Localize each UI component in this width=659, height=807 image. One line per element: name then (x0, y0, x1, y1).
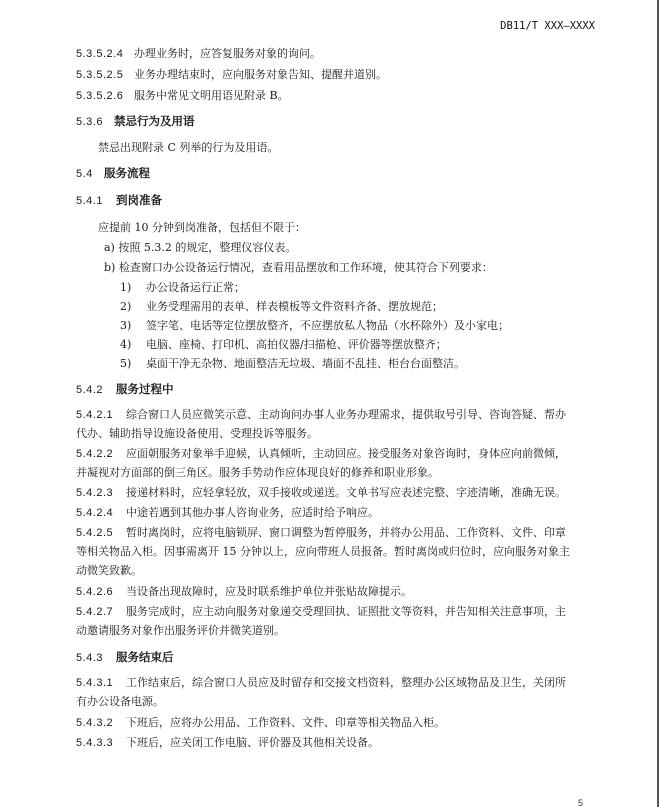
sublist-item: 2)业务受理需用的表单、样表模板等文件资料齐备、摆放规范； (76, 299, 443, 315)
paragraph: 禁忌出现附录 C 列举的行为及用语。 (76, 140, 278, 156)
clause-text-cont: 等相关物品入柜。因事需离开 15 分钟以上，应向带班人员报备。暂时离岗或归位时，… (76, 544, 570, 560)
heading-title: 服务结束后 (116, 652, 174, 664)
heading-5-4-1: 5.4.1到岗准备 (76, 193, 162, 209)
heading-title: 到岗准备 (116, 195, 162, 207)
clause-text: 中途若遇到其他办事人咨询业务，应适时给予响应。 (126, 506, 379, 519)
sublist-label: 1) (120, 280, 146, 296)
clause-text-cont: 动微笑致歉。 (76, 563, 570, 579)
clause-number: 5.4.2.6 (76, 584, 126, 600)
clause-text: 办理业务时，应答复服务对象的询问。 (134, 47, 321, 60)
clause-text: 暂时离岗时，应将电脑锁屏、窗口调整为暂停服务，并将办公用品、工作资料、文件、印章 (126, 526, 566, 539)
clause-5-4-2-3: 5.4.2.3接递材料时，应轻拿轻放，双手接收或递送。文单书写应表述完整、字迹清… (76, 485, 566, 501)
heading-5-4: 5.4服务流程 (76, 166, 150, 182)
list-label: b) (104, 261, 115, 274)
clause-text: 下班后，应关闭工作电脑、评价器及其他相关设备。 (126, 736, 379, 749)
clause-text-cont: 有办公设备电源。 (76, 694, 566, 710)
clause-text: 当设备出现故障时，应及时联系维护单位并张贴故障提示。 (126, 585, 412, 598)
sublist-item: 1)办公设备运行正常； (76, 280, 245, 296)
clause-number: 5.4.3.1 (76, 675, 126, 691)
sublist-item: 4)电脑、座椅、打印机、高拍仪器/扫描枪、评价器等摆放整齐； (76, 337, 447, 353)
sublist-item: 3)签字笔、电话等定位摆放整齐，不应摆放私人物品（水杯除外）及小家电； (76, 318, 509, 334)
heading-number: 5.4.3 (76, 650, 116, 666)
heading-title: 服务过程中 (116, 384, 174, 396)
sublist-text: 桌面干净无杂物、地面整洁无垃圾、墙面不乱挂、柜台台面整洁。 (146, 357, 465, 370)
clause-number: 5.4.2.3 (76, 485, 126, 501)
heading-title: 服务流程 (104, 168, 150, 180)
list-label: a) (104, 241, 115, 254)
clause-5-4-2-6: 5.4.2.6当设备出现故障时，应及时联系维护单位并张贴故障提示。 (76, 584, 412, 600)
clause-number: 5.4.2.1 (76, 407, 126, 423)
clause-5-3-5-2-5: 5.3.5.2.5业务办理结束时，应向服务对象告知、提醒并道别。 (76, 67, 387, 83)
clause-5-3-5-2-4: 5.3.5.2.4办理业务时，应答复服务对象的询问。 (76, 46, 321, 62)
clause-5-4-2-4: 5.4.2.4中途若遇到其他办事人咨询业务，应适时给予响应。 (76, 505, 379, 521)
clause-number: 5.3.5.2.6 (76, 88, 134, 104)
clause-text-cont: 动邀请服务对象作出服务评价并微笑道别。 (76, 623, 566, 639)
clause-5-3-5-2-6: 5.3.5.2.6服务中常见文明用语见附录 B。 (76, 88, 289, 104)
heading-5-4-2: 5.4.2服务过程中 (76, 382, 174, 398)
clause-text: 应面朝服务对象举手迎候，认真倾听，主动回应。接受服务对象咨询时，身体应向前微倾， (126, 447, 566, 460)
clause-text: 工作结束后，综合窗口人员应及时留存和交接文档资料，整理办公区域物品及卫生，关闭所 (126, 676, 566, 689)
sublist-label: 3) (120, 318, 146, 334)
clause-5-4-3-1: 5.4.3.1工作结束后，综合窗口人员应及时留存和交接文档资料，整理办公区域物品… (76, 675, 566, 710)
heading-number: 5.4.1 (76, 193, 116, 209)
clause-text: 下班后，应将办公用品、工作资料、文件、印章等相关物品入柜。 (126, 716, 445, 729)
sublist-item: 5)桌面干净无杂物、地面整洁无垃圾、墙面不乱挂、柜台台面整洁。 (76, 356, 465, 372)
clause-text: 综合窗口人员应微笑示意、主动询问办事人业务办理需求，提供取号引导、咨询答疑、帮办 (126, 408, 566, 421)
sublist-text: 办公设备运行正常； (146, 281, 245, 294)
document-code: DB11/T XXX—XXXX (500, 20, 595, 32)
clause-number: 5.3.5.2.4 (76, 46, 134, 62)
clause-5-4-2-2: 5.4.2.2应面朝服务对象举手迎候，认真倾听，主动回应。接受服务对象咨询时，身… (76, 446, 566, 481)
clause-text: 业务办理结束时，应向服务对象告知、提醒并道别。 (134, 68, 387, 81)
heading-5-4-3: 5.4.3服务结束后 (76, 650, 174, 666)
clause-text-cont: 代办、辅助指导设施设备使用、受理投诉等服务。 (76, 426, 600, 442)
heading-number: 5.3.6 (76, 114, 114, 130)
sublist-text: 业务受理需用的表单、样表模板等文件资料齐备、摆放规范； (146, 300, 443, 313)
heading-title: 禁忌行为及用语 (114, 116, 195, 128)
clause-text: 服务中常见文明用语见附录 B。 (134, 89, 289, 102)
clause-text-cont: 并凝视对方面部的倒三角区。服务手势动作应体现良好的修养和职业形象。 (76, 465, 566, 481)
list-text: 按照 5.3.2 的规定，整理仪容仪表。 (118, 241, 296, 254)
list-item-b: b) 检查窗口办公设备运行情况，查看用品摆放和工作环境，使其符合下列要求： (76, 260, 493, 276)
list-text: 检查窗口办公设备运行情况，查看用品摆放和工作环境，使其符合下列要求： (119, 261, 493, 274)
clause-5-4-2-1: 5.4.2.1综合窗口人员应微笑示意、主动询问办事人业务办理需求，提供取号引导、… (76, 407, 600, 442)
clause-number: 5.4.3.2 (76, 715, 126, 731)
clause-text: 服务完成时，应主动向服务对象递交受理回执、证照批文等资料，并告知相关注意事项，主 (126, 605, 566, 618)
sublist-text: 签字笔、电话等定位摆放整齐，不应摆放私人物品（水杯除外）及小家电； (146, 319, 509, 332)
heading-5-3-6: 5.3.6禁忌行为及用语 (76, 114, 195, 130)
sublist-label: 2) (120, 299, 146, 315)
clause-number: 5.4.3.3 (76, 735, 126, 751)
paragraph: 应提前 10 分钟到岗准备，包括但不限于： (76, 220, 306, 236)
page-number: 5 (578, 798, 583, 807)
sublist-label: 4) (120, 337, 146, 353)
clause-number: 5.3.5.2.5 (76, 67, 134, 83)
list-item-a: a) 按照 5.3.2 的规定，整理仪容仪表。 (76, 240, 296, 256)
clause-5-4-2-7: 5.4.2.7服务完成时，应主动向服务对象递交受理回执、证照批文等资料，并告知相… (76, 604, 566, 639)
clause-number: 5.4.2.2 (76, 446, 126, 462)
heading-number: 5.4 (76, 166, 104, 182)
clause-text: 接递材料时，应轻拿轻放，双手接收或递送。文单书写应表述完整、字迹清晰，准确无误。 (126, 486, 566, 499)
clause-5-4-3-2: 5.4.3.2下班后，应将办公用品、工作资料、文件、印章等相关物品入柜。 (76, 715, 445, 731)
heading-number: 5.4.2 (76, 382, 116, 398)
clause-5-4-2-5: 5.4.2.5暂时离岗时，应将电脑锁屏、窗口调整为暂停服务，并将办公用品、工作资… (76, 525, 570, 579)
clause-number: 5.4.2.7 (76, 604, 126, 620)
clause-number: 5.4.2.4 (76, 505, 126, 521)
sublist-text: 电脑、座椅、打印机、高拍仪器/扫描枪、评价器等摆放整齐； (146, 338, 447, 351)
clause-5-4-3-3: 5.4.3.3下班后，应关闭工作电脑、评价器及其他相关设备。 (76, 735, 379, 751)
sublist-label: 5) (120, 356, 146, 372)
clause-number: 5.4.2.5 (76, 525, 126, 541)
